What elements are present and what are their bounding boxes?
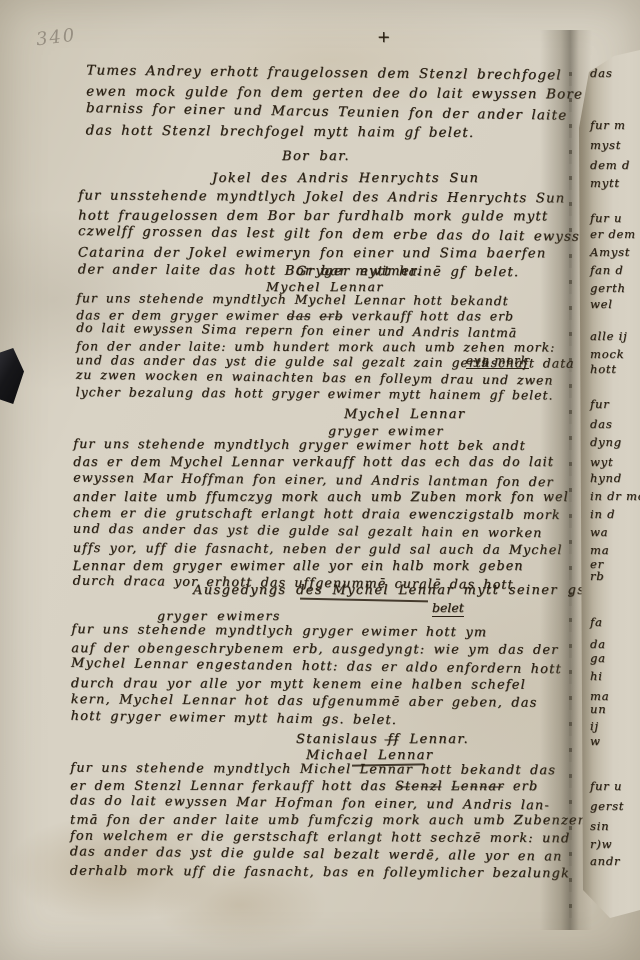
text-line: das er dem Mychel Lennar verkauff hott d… <box>73 453 569 470</box>
text-line: uffs yor, uff die fasnacht, neben der gu… <box>73 539 569 558</box>
text-line: fur unsstehende myndtlych Jokel des Andr… <box>78 187 596 209</box>
text-fragment: w <box>590 734 601 748</box>
entry-5-subheading: gryger ewimers <box>157 608 281 623</box>
text-fragment: ma <box>590 543 609 557</box>
text-fragment: fa <box>590 615 603 629</box>
text-fragment: fur u <box>590 779 622 793</box>
text-fragment: ij <box>590 719 599 733</box>
manuscript-page: 340 + Tumes Andrey erhott fraugelossen d… <box>0 0 640 960</box>
folio-number-pencil: 340 <box>35 25 78 51</box>
text-fragment: r)w <box>590 837 612 851</box>
text-fragment: hott <box>590 362 617 376</box>
text-line: tmā fon der ander laite umb fumfczig mor… <box>70 812 587 830</box>
next-leaf-edge: dasfur mmystdem dmyttfur uer demAmystfan… <box>574 0 640 960</box>
text-fragment: fan d <box>590 263 624 277</box>
entry-1-paragraph: Tumes Andrey erhott fraugelossen dem Ste… <box>86 61 584 145</box>
entry-6-paragraph: fur uns stehende myndtlych Michel Lennar… <box>70 760 588 882</box>
text-fragment: andr <box>590 854 620 868</box>
text-fragment: wa <box>590 525 608 539</box>
text-fragment: fur u <box>590 211 622 225</box>
entry-5-paragraph: fur uns stehende myndtlych gryger ewimer… <box>71 621 563 730</box>
text-line: derhalb mork uff die fasnacht, bas en fo… <box>70 862 587 882</box>
text-fragment: da <box>590 637 606 651</box>
text-fragment: fur <box>590 397 610 411</box>
entry-5-heading: Ausgedyngs des Mychel Lennar mytt seiner… <box>193 583 585 598</box>
cross-mark: + <box>377 27 390 46</box>
entry-2-heading: Bor bar. <box>282 149 350 164</box>
text-fragment: Amyst <box>590 245 630 259</box>
text-line: Catarina der Jokel ewimeryn fon einer un… <box>78 244 595 263</box>
text-fragment: sin <box>590 819 609 833</box>
entry-3-heading: Gryger ewimer. <box>296 264 422 279</box>
entry-3-paragraph: fur uns stehende myndtlych Mychel Lennar… <box>76 290 605 403</box>
text-fragment: dyng <box>590 435 622 449</box>
entry-5-heading-appendix: belet <box>432 600 464 617</box>
text-fragment: gerth <box>590 281 626 295</box>
text-line: fur uns stehende myndtlych gryger ewimer… <box>71 621 562 642</box>
text-fragment: mytt <box>590 176 620 190</box>
entry-4-heading: Mychel Lennar <box>344 407 466 422</box>
text-fragment: gerst <box>590 799 624 813</box>
text-fragment: alle ij <box>590 329 628 343</box>
text-line: das hott Stenzl brechfogel mytt haim gf … <box>86 121 583 144</box>
text-fragment: mock <box>590 347 624 361</box>
text-fragment: rb <box>590 569 604 583</box>
text-line: ewyssen Mar Hoffman fon einer, und Andri… <box>73 468 569 490</box>
entry-2-subheading: Jokel des Andris Henrychts Sun <box>212 171 479 186</box>
text-line: fur uns stehende myndtlych Michel Lennar… <box>70 760 587 780</box>
text-fragment: hi <box>590 669 603 683</box>
entry-6-heading: Stanislaus f̶f̶ Lennar. <box>296 732 469 747</box>
text-fragment: in d <box>590 507 615 521</box>
text-fragment: wyt <box>590 455 613 469</box>
text-fragment: das <box>590 417 613 431</box>
text-fragment: wel <box>590 297 613 311</box>
text-fragment: er dem <box>590 227 636 241</box>
text-fragment: ma <box>590 689 609 703</box>
text-line: durch drau yor alle yor mytt kenem eine … <box>71 675 562 694</box>
entry-4-paragraph: fur uns stehende myndtlych gryger ewimer… <box>73 435 569 593</box>
text-fragment: dem d <box>590 158 630 172</box>
text-fragment: fur m <box>590 118 626 132</box>
photo-of-manuscript: { "folio_number_pencil": "340", "cross_m… <box>0 0 640 960</box>
text-fragment: ga <box>590 651 606 665</box>
text-fragment: hynd <box>590 471 622 485</box>
text-fragment: un <box>590 702 606 716</box>
interlinear-annotation: eyg mork <box>466 353 529 369</box>
text-line: fur uns stehende myndtlych gryger ewimer… <box>73 435 569 454</box>
text-fragment: myst <box>590 138 621 152</box>
text-line: ander laite umb ffumczyg mork auch umb Z… <box>73 488 569 505</box>
text-fragment: in dr mo <box>590 489 640 503</box>
ink-underline-stroke <box>300 598 428 602</box>
next-leaf-text-fragments: dasfur mmystdem dmyttfur uer demAmystfan… <box>574 0 640 960</box>
